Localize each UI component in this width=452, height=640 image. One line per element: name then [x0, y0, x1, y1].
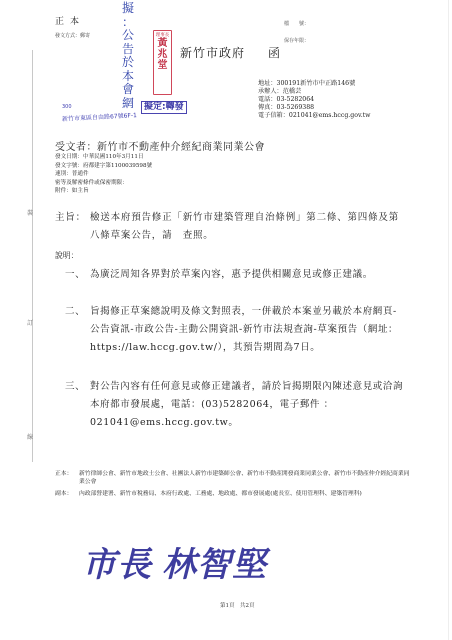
handwritten-zip: 300: [62, 104, 72, 110]
binding-mark-xian: 線: [27, 432, 33, 441]
explanation-item: 三、 對公告內容有任何意見或修正建議者，請於旨揭期限內陳述意見或洽詢本府都市發展…: [65, 378, 405, 432]
document-number: 發文字號：府都建字第1100039598號: [55, 162, 152, 171]
mayor-signature: 市長林智堅: [82, 537, 267, 586]
page-edge: [448, 0, 449, 640]
forward-stamp: 擬定:轉發: [141, 101, 187, 114]
copy-recipients: 副本： 內政部營建署、新竹市稅務局、本府行政處、工務處、地政處、都市發展處(處長…: [55, 490, 415, 498]
file-number-label: 檔 號：: [284, 20, 309, 27]
send-method: 發文方式：郵寄: [55, 32, 90, 39]
speed: 速別：普通件: [55, 170, 152, 179]
subject: 主旨： 檢送本府預告修正「新竹市建築管理自治條例」第二條、第四條及第八條草案公告…: [55, 209, 405, 245]
security-level: 密等及解密條件或保密期限：: [55, 179, 152, 188]
page-number: 第1頁 共2頁: [220, 601, 255, 609]
subject-text: 檢送本府預告修正「新竹市建築管理自治條例」第二條、第四條及第八條草案公告，請 查…: [90, 209, 405, 245]
attachment: 附件：如主旨: [55, 187, 152, 196]
doc-kind: 函: [268, 44, 280, 61]
handwritten-address: 新竹市東區自由路67號6F-1: [62, 110, 137, 123]
document-meta: 發文日期：中華民國110年3月11日 發文字號：府都建字第1100039598號…: [55, 153, 152, 196]
chairman-seal: 理事長 黃 兆 堂: [153, 30, 172, 95]
original-recipients: 正本： 新竹律師公會、新竹市地政士公會、社團法人新竹市建築師公會、新竹市不動產開…: [55, 470, 415, 486]
handler: 承辦人：范橋芸: [258, 88, 370, 96]
contact-block: 地址：300191新竹市中正路146號 承辦人：范橋芸 電話：03-528206…: [258, 80, 370, 120]
explanation-item: 一、 為廣泛周知各界對於草案內容，惠予提供相關意見或修正建議。: [65, 266, 405, 284]
recipient: 受文者：新竹市不動產仲介經紀商業同業公會: [55, 138, 265, 153]
binding-mark-ding: 訂: [27, 318, 33, 327]
explanation-item: 二、 旨揭修正草案總說明及條文對照表，一併載於本案並另載於本府網頁-公告資訊-市…: [65, 303, 405, 357]
binding-mark-zhuang: 裝: [27, 208, 33, 217]
address: 地址：300191新竹市中正路146號: [258, 80, 370, 88]
fax: 傳真：03-5269388: [258, 104, 370, 112]
signature-name: 林智堅: [162, 545, 267, 585]
explanation-label: 說明：: [55, 250, 78, 261]
vertical-approval-stamp: 擬 ： 公 告 於 本 會 網: [121, 2, 135, 110]
email: 電子信箱：021041@ems.hccg.gov.tw: [258, 112, 370, 120]
signature-title: 市長: [82, 545, 152, 585]
org-title: 新竹市政府: [180, 44, 245, 61]
subject-label: 主旨：: [55, 209, 86, 227]
issue-date: 發文日期：中華民國110年3月11日: [55, 153, 152, 162]
binding-margin-line: [32, 50, 33, 462]
retention-label: 保存年限：: [284, 37, 309, 44]
copy-type: 正本: [55, 14, 85, 27]
phone: 電話：03-5282064: [258, 96, 370, 104]
